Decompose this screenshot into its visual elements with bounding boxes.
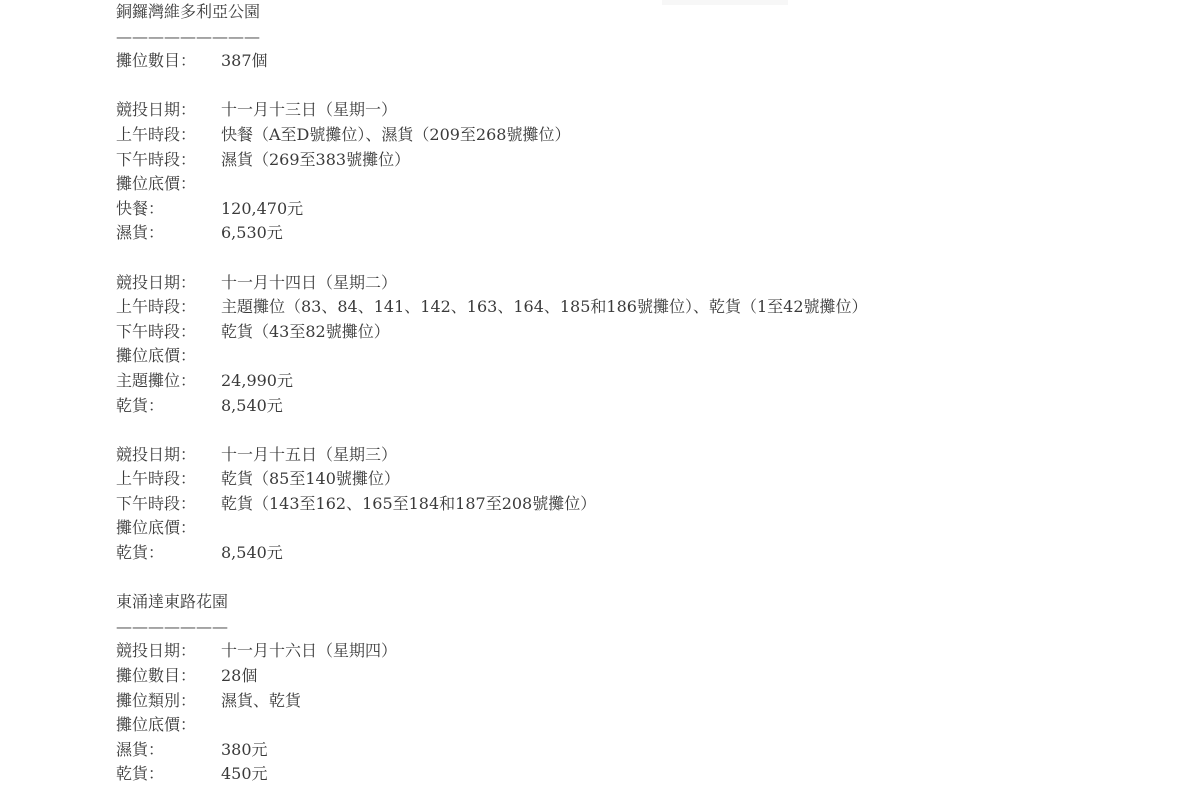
stall-count-label: 攤位數目： xyxy=(116,49,221,74)
section-divider: ——————— xyxy=(116,615,868,640)
pm-label: 下午時段： xyxy=(116,492,221,517)
section-victoria-park: 銅鑼灣維多利亞公園 ————————— 攤位數目：387個 競投日期：十一月十三… xyxy=(116,0,868,590)
date-value: 十一月十六日（星期四） xyxy=(221,639,397,664)
category-value: 濕貨、乾貨 xyxy=(221,689,301,714)
auction-day: 競投日期：十一月十三日（星期一） 上午時段：快餐（A至D號攤位）、濕貨（209至… xyxy=(116,98,868,246)
price-label: 濕貨： xyxy=(116,738,221,763)
price-value: 24,990元 xyxy=(221,369,293,394)
price-label: 乾貨： xyxy=(116,541,221,566)
am-value: 快餐（A至D號攤位）、濕貨（209至268號攤位） xyxy=(221,123,570,148)
pm-label: 下午時段： xyxy=(116,148,221,173)
pm-value: 乾貨（143至162、165至184和187至208號攤位） xyxy=(221,492,596,517)
price-label: 乾貨： xyxy=(116,394,221,419)
am-value: 主題攤位（83、84、141、142、163、164、185和186號攤位）、乾… xyxy=(221,295,868,320)
date-label: 競投日期： xyxy=(116,443,221,468)
reserve-label: 攤位底價： xyxy=(116,516,221,541)
date-value: 十一月十五日（星期三） xyxy=(221,443,397,468)
reserve-label: 攤位底價： xyxy=(116,344,221,369)
price-value: 450元 xyxy=(221,762,268,787)
pm-value: 濕貨（269至383號攤位） xyxy=(221,148,410,173)
price-value: 8,540元 xyxy=(221,541,283,566)
date-label: 競投日期： xyxy=(116,639,221,664)
document-body: 銅鑼灣維多利亞公園 ————————— 攤位數目：387個 競投日期：十一月十三… xyxy=(116,0,868,787)
price-label: 快餐： xyxy=(116,197,221,222)
date-label: 競投日期： xyxy=(116,98,221,123)
section-title: 東涌達東路花園 xyxy=(116,590,868,615)
section-tung-chung: 東涌達東路花園 ——————— 競投日期：十一月十六日（星期四） 攤位數目：28… xyxy=(116,590,868,787)
pm-label: 下午時段： xyxy=(116,320,221,345)
category-label: 攤位類別： xyxy=(116,689,221,714)
stall-count-row: 攤位數目：387個 xyxy=(116,49,868,74)
pm-value: 乾貨（43至82號攤位） xyxy=(221,320,390,345)
stall-count-label: 攤位數目： xyxy=(116,664,221,689)
price-label: 濕貨： xyxy=(116,221,221,246)
section-divider: ————————— xyxy=(116,25,868,50)
auction-day: 競投日期：十一月十四日（星期二） 上午時段：主題攤位（83、84、141、142… xyxy=(116,271,868,419)
price-value: 8,540元 xyxy=(221,394,283,419)
price-value: 120,470元 xyxy=(221,197,303,222)
reserve-label: 攤位底價： xyxy=(116,713,221,738)
auction-day: 競投日期：十一月十五日（星期三） 上午時段：乾貨（85至140號攤位） 下午時段… xyxy=(116,443,868,566)
stall-count-value: 387個 xyxy=(221,49,268,74)
date-value: 十一月十四日（星期二） xyxy=(221,271,397,296)
section-title: 銅鑼灣維多利亞公園 xyxy=(116,0,868,25)
am-label: 上午時段： xyxy=(116,467,221,492)
price-label: 主題攤位： xyxy=(116,369,221,394)
price-value: 380元 xyxy=(221,738,268,763)
price-label: 乾貨： xyxy=(116,762,221,787)
price-value: 6,530元 xyxy=(221,221,283,246)
am-label: 上午時段： xyxy=(116,295,221,320)
reserve-label: 攤位底價： xyxy=(116,172,221,197)
date-value: 十一月十三日（星期一） xyxy=(221,98,397,123)
am-value: 乾貨（85至140號攤位） xyxy=(221,467,400,492)
stall-count-value: 28個 xyxy=(221,664,257,689)
date-label: 競投日期： xyxy=(116,271,221,296)
am-label: 上午時段： xyxy=(116,123,221,148)
